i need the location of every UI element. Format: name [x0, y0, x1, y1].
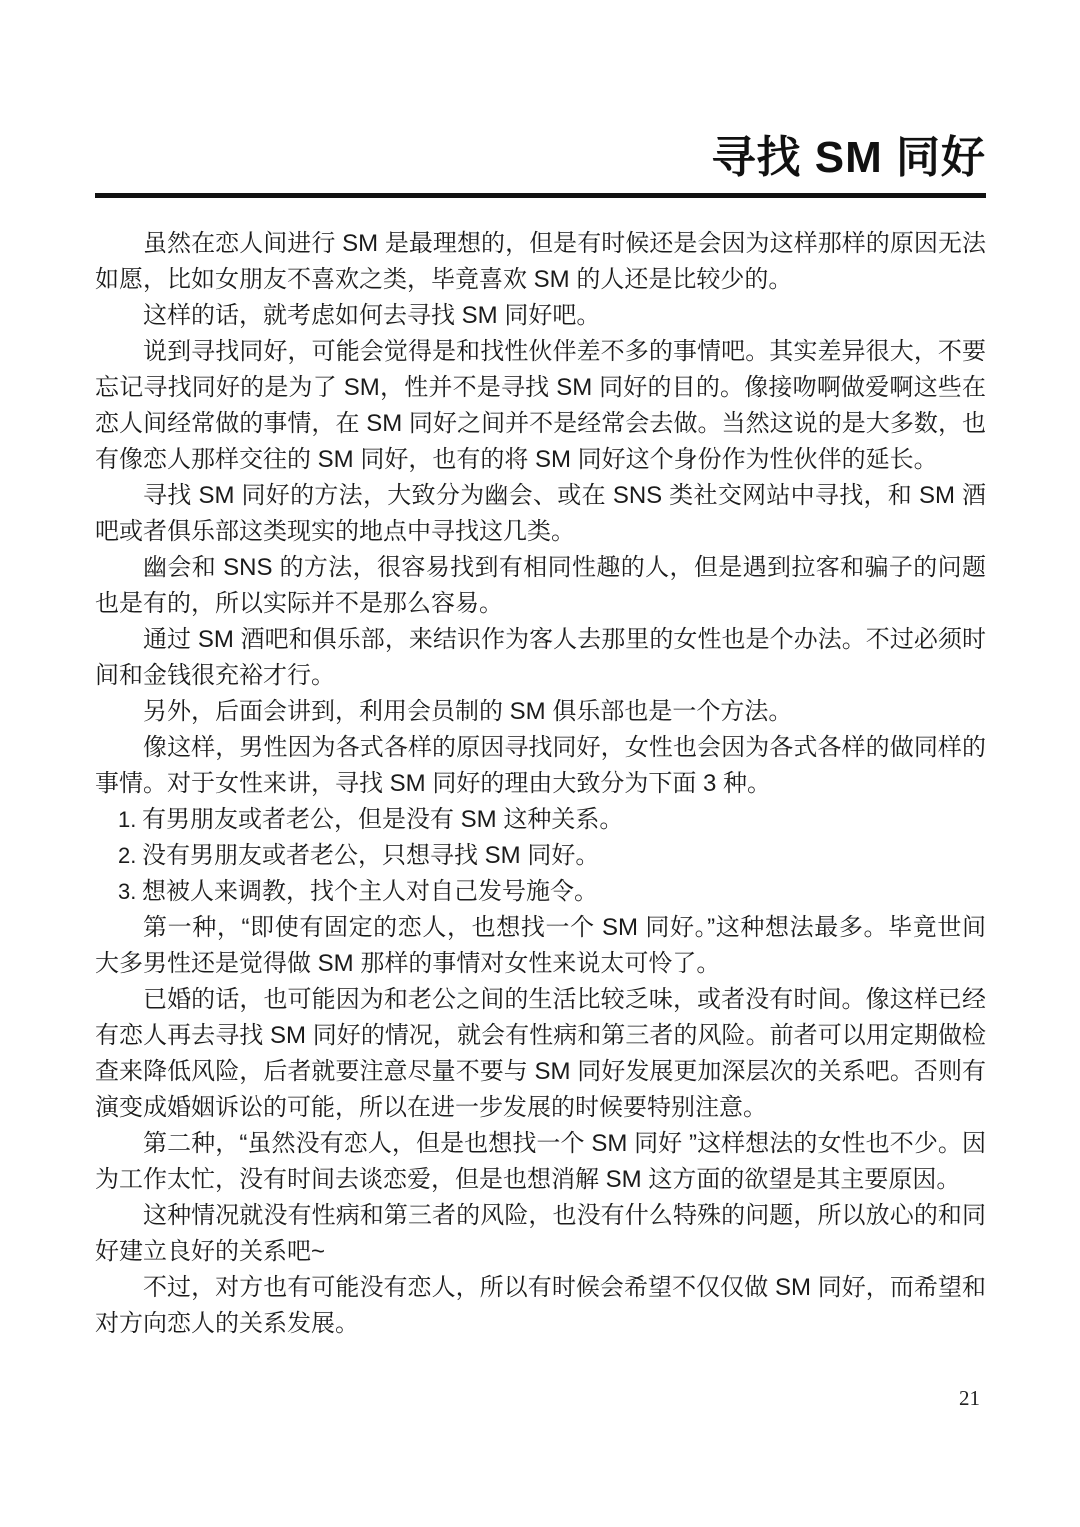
paragraph: 这种情况就没有性病和第三者的风险，也没有什么特殊的问题，所以放心的和同好建立良好… [95, 1198, 986, 1270]
paragraph: 第一种，“即使有固定的恋人，也想找一个 SM 同好。”这种想法最多。毕竟世间大多… [95, 910, 986, 982]
paragraph: 另外，后面会讲到，利用会员制的 SM 俱乐部也是一个方法。 [95, 694, 986, 730]
paragraph: 幽会和 SNS 的方法，很容易找到有相同性趣的人，但是遇到拉客和骗子的问题也是有… [95, 550, 986, 622]
list-item-number: 1. [118, 802, 142, 838]
list-item: 2.没有男朋友或者老公，只想寻找 SM 同好。 [95, 838, 986, 874]
paragraph: 通过 SM 酒吧和俱乐部，来结识作为客人去那里的女性也是个办法。不过必须时间和金… [95, 622, 986, 694]
list-item: 1.有男朋友或者老公，但是没有 SM 这种关系。 [95, 802, 986, 838]
list-item-text: 想被人来调教，找个主人对自己发号施令。 [142, 878, 598, 905]
title-divider [95, 193, 986, 198]
page-number: 21 [959, 1386, 980, 1411]
document-body: 虽然在恋人间进行 SM 是最理想的，但是有时候还是会因为这样那样的原因无法如愿，… [95, 226, 986, 1342]
list-item-number: 2. [118, 838, 142, 874]
paragraph: 这样的话，就考虑如何去寻找 SM 同好吧。 [95, 298, 986, 334]
list-item-text: 有男朋友或者老公，但是没有 SM 这种关系。 [142, 806, 623, 833]
list-item-text: 没有男朋友或者老公，只想寻找 SM 同好。 [142, 842, 599, 869]
list-item-number: 3. [118, 874, 142, 910]
document-page: 寻找 SM 同好 虽然在恋人间进行 SM 是最理想的，但是有时候还是会因为这样那… [0, 0, 1080, 1527]
paragraph: 说到寻找同好，可能会觉得是和找性伙伴差不多的事情吧。其实差异很大，不要忘记寻找同… [95, 334, 986, 478]
paragraph: 像这样，男性因为各式各样的原因寻找同好，女性也会因为各式各样的做同样的事情。对于… [95, 730, 986, 802]
paragraph: 寻找 SM 同好的方法，大致分为幽会、或在 SNS 类社交网站中寻找，和 SM … [95, 478, 986, 550]
page-title: 寻找 SM 同好 [95, 133, 986, 184]
paragraph: 虽然在恋人间进行 SM 是最理想的，但是有时候还是会因为这样那样的原因无法如愿，… [95, 226, 986, 298]
list-item: 3.想被人来调教，找个主人对自己发号施令。 [95, 874, 986, 910]
paragraph: 第二种，“虽然没有恋人，但是也想找一个 SM 同好 ”这样想法的女性也不少。因为… [95, 1126, 986, 1198]
paragraph: 不过，对方也有可能没有恋人，所以有时候会希望不仅仅做 SM 同好，而希望和对方向… [95, 1270, 986, 1342]
paragraph: 已婚的话，也可能因为和老公之间的生活比较乏味，或者没有时间。像这样已经有恋人再去… [95, 982, 986, 1126]
